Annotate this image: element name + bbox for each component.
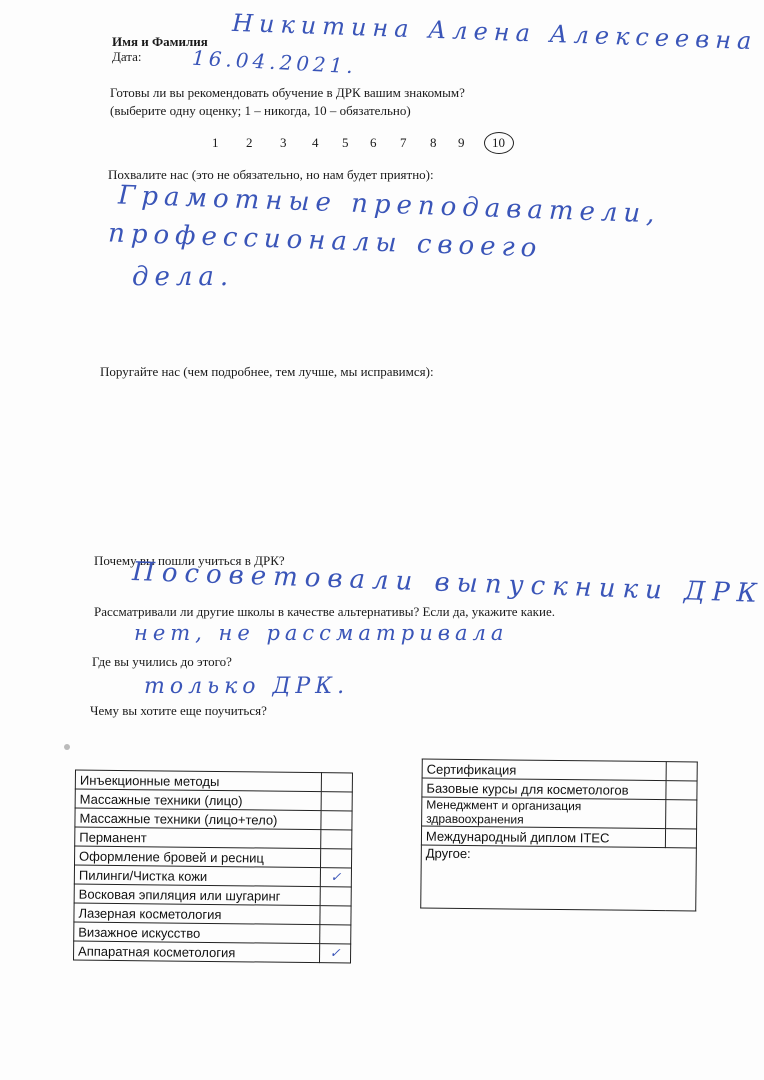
- option-checkbox[interactable]: [321, 830, 352, 849]
- rating-scale: 1 2 3 4 5 6 7 8 9 10: [0, 135, 764, 157]
- option-label: Массажные техники (лицо+тело): [75, 808, 321, 830]
- option-label: Менеджмент и организация здравоохранения: [422, 797, 666, 829]
- selection-circle-icon: [484, 132, 514, 154]
- other-field[interactable]: Другое:: [421, 845, 697, 911]
- criticism-answer-area[interactable]: [100, 386, 660, 536]
- rating-option-10-selected[interactable]: 10: [492, 135, 505, 151]
- option-checkbox[interactable]: [321, 811, 352, 830]
- option-label: Восковая эпиляция или шугаринг: [74, 884, 320, 906]
- option-label: Базовые курсы для косметологов: [422, 778, 666, 800]
- learn-more-question: Чему вы хотите еще поучиться?: [90, 703, 267, 719]
- date-value[interactable]: 16.04.2021.: [191, 46, 357, 79]
- rating-option-1[interactable]: 1: [212, 135, 219, 151]
- option-row: Аппаратная косметология✓: [74, 941, 351, 963]
- recommend-question: Готовы ли вы рекомендовать обучение в ДР…: [110, 85, 465, 101]
- option-checkbox[interactable]: [320, 887, 351, 906]
- rating-option-8[interactable]: 8: [430, 135, 437, 151]
- option-label: Инъекционные методы: [75, 770, 321, 792]
- rating-option-2[interactable]: 2: [246, 135, 253, 151]
- before-question: Где вы учились до этого?: [92, 654, 232, 670]
- option-checkbox[interactable]: [666, 800, 697, 829]
- other-row: Другое:: [421, 845, 697, 911]
- praise-answer-line-2[interactable]: профессионалы своего: [108, 218, 543, 263]
- praise-answer-line-3[interactable]: дела.: [132, 262, 234, 292]
- option-checkbox[interactable]: [666, 781, 697, 800]
- criticism-question: Поругайте нас (чем подробнее, тем лучше,…: [100, 364, 434, 380]
- option-checkbox[interactable]: [321, 773, 352, 792]
- option-checkbox[interactable]: [320, 849, 351, 868]
- option-label: Оформление бровей и ресниц: [75, 846, 321, 868]
- option-label: Международный диплом ITEC: [421, 826, 665, 848]
- option-checkbox-checked[interactable]: ✓: [319, 944, 350, 963]
- before-answer[interactable]: только ДРК.: [144, 674, 349, 699]
- option-label: Перманент: [75, 827, 321, 849]
- praise-question: Похвалите нас (это не обязательно, но на…: [108, 167, 434, 183]
- alternatives-answer[interactable]: нет, не рассматривала: [134, 621, 508, 645]
- option-checkbox-checked[interactable]: ✓: [320, 868, 351, 887]
- why-answer[interactable]: Посоветовали выпускники ДРК: [132, 557, 764, 609]
- option-label: Визажное искусство: [74, 922, 320, 944]
- rating-option-3[interactable]: 3: [280, 135, 287, 151]
- scan-speck: [64, 744, 70, 750]
- other-label: Другое:: [426, 846, 471, 861]
- option-label: Массажные техники (лицо): [75, 789, 321, 811]
- rating-option-4[interactable]: 4: [312, 135, 319, 151]
- learn-options-left-table: Инъекционные методы Массажные техники (л…: [73, 770, 353, 964]
- alternatives-question: Рассматривали ли другие школы в качестве…: [94, 604, 555, 620]
- rating-option-5[interactable]: 5: [342, 135, 349, 151]
- date-label: Дата:: [112, 49, 142, 65]
- name-value[interactable]: Никитина Алена Алексеевна: [232, 9, 758, 55]
- option-checkbox[interactable]: [666, 762, 697, 781]
- option-row: Менеджмент и организация здравоохранения: [422, 797, 697, 829]
- option-checkbox[interactable]: [665, 829, 696, 848]
- option-label: Сертификация: [422, 759, 666, 781]
- learn-options-right-table: Сертификация Базовые курсы для косметоло…: [420, 759, 698, 912]
- option-checkbox[interactable]: [320, 906, 351, 925]
- rating-option-6[interactable]: 6: [370, 135, 377, 151]
- rating-option-7[interactable]: 7: [400, 135, 407, 151]
- option-checkbox[interactable]: [321, 792, 352, 811]
- option-label: Аппаратная косметология: [74, 941, 320, 963]
- option-label: Лазерная косметология: [74, 903, 320, 925]
- recommend-hint: (выберите одну оценку; 1 – никогда, 10 –…: [110, 103, 411, 119]
- option-checkbox[interactable]: [320, 925, 351, 944]
- option-label: Пилинги/Чистка кожи: [74, 865, 320, 887]
- rating-option-9[interactable]: 9: [458, 135, 465, 151]
